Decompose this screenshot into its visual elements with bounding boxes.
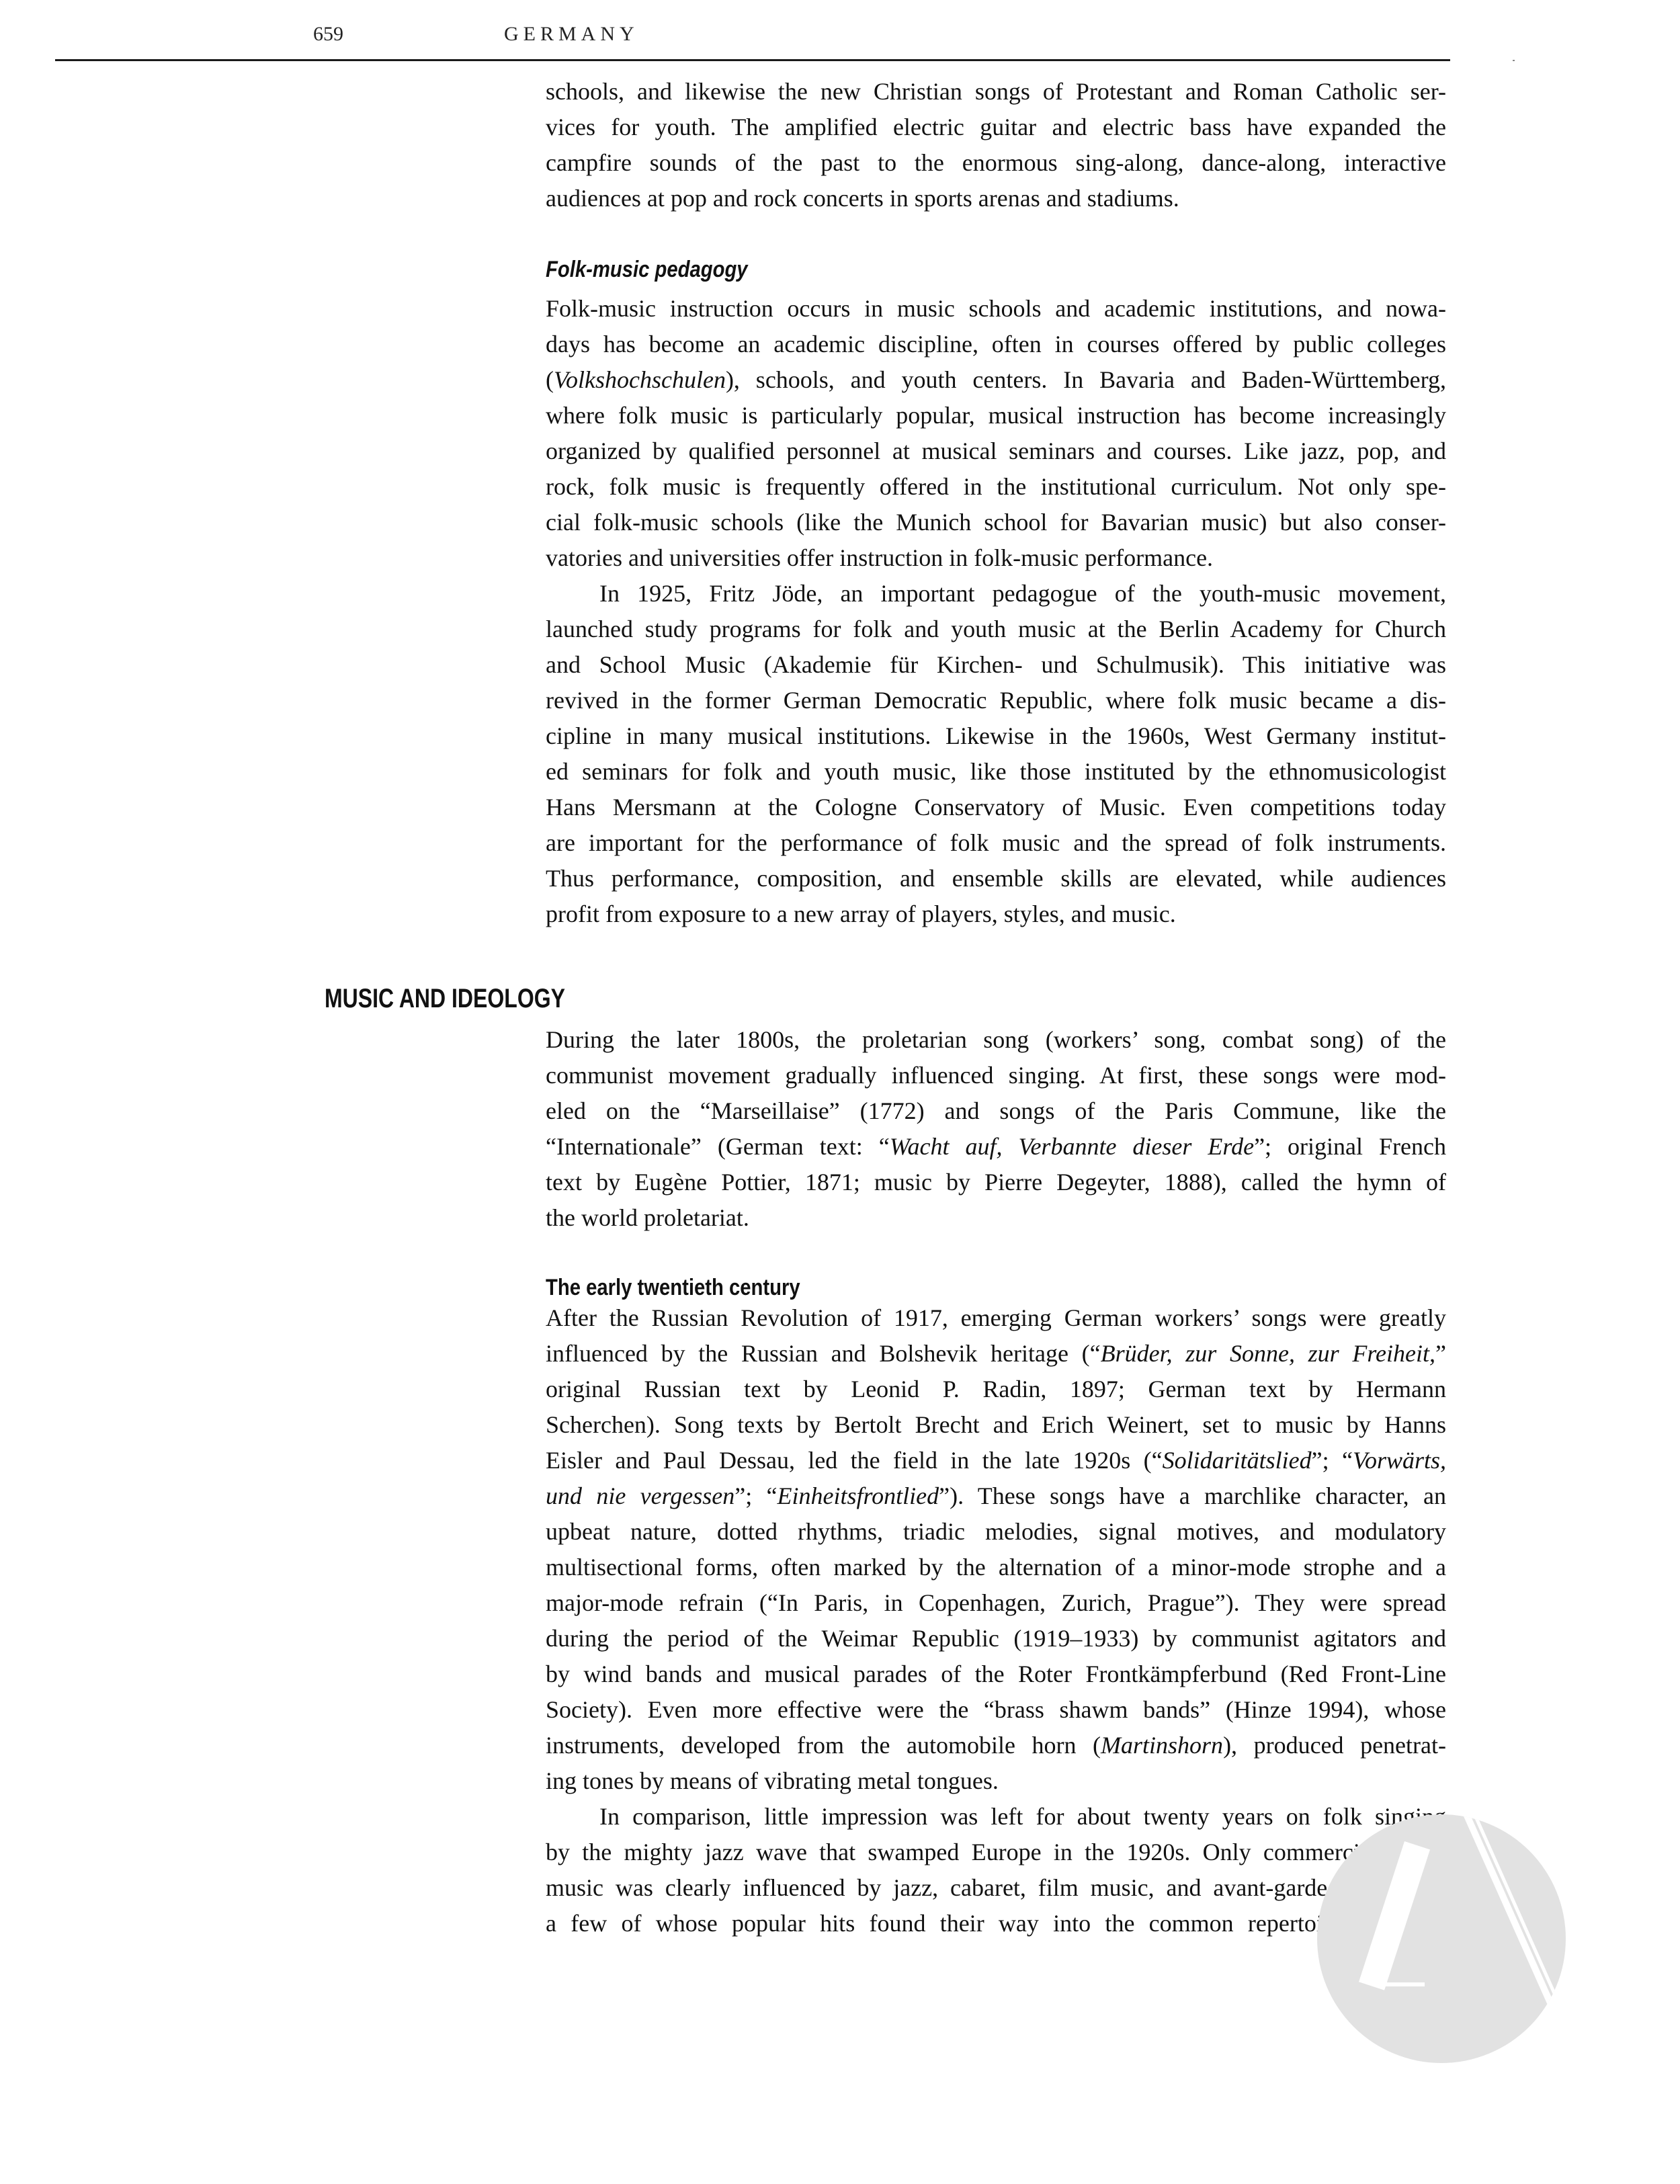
text-line: cial folk-music schools (like the Munich…: [546, 505, 1446, 540]
text-line: After the Russian Revolution of 1917, em…: [546, 1300, 1446, 1336]
section-heading-music-and-ideology: MUSIC AND IDEOLOGY: [325, 984, 565, 1014]
text-line: Thus performance, composition, and ensem…: [546, 861, 1446, 896]
text-line: “Internationale” (German text: “Wacht au…: [546, 1129, 1446, 1165]
text-line: by the mighty jazz wave that swamped Eur…: [546, 1835, 1446, 1870]
italic-term: Wacht auf, Verbannte dieser Erde: [890, 1133, 1254, 1160]
text-line: during the period of the Weimar Republic…: [546, 1621, 1446, 1656]
text-line: and School Music (Akademie für Kirchen- …: [546, 647, 1446, 683]
subsection-heading-early-twentieth-century: The early twentieth century: [546, 1275, 800, 1301]
text-line: und nie vergessen”; “Einheitsfrontlied”)…: [546, 1478, 1446, 1514]
text-line: ing tones by means of vibrating metal to…: [546, 1763, 1446, 1799]
text-line: original Russian text by Leonid P. Radin…: [546, 1372, 1446, 1407]
text-line: by wind bands and musical parades of the…: [546, 1656, 1446, 1692]
running-title: GERMANY: [504, 23, 639, 46]
text-line: are important for the performance of fol…: [546, 825, 1446, 861]
pedagogy-paragraph-2: In 1925, Fritz Jöde, an important pedago…: [546, 576, 1446, 932]
italic-term: Brüder, zur Sonne, zur Freiheit,: [1101, 1340, 1435, 1367]
text-line: profit from exposure to a new array of p…: [546, 896, 1446, 932]
intro-paragraph: schools, and likewise the new Christian …: [546, 74, 1446, 216]
text-line: a few of whose popular hits found their …: [546, 1906, 1446, 1941]
text-line: ed seminars for folk and youth music, li…: [546, 754, 1446, 790]
text-line: text by Eugène Pottier, 1871; music by P…: [546, 1165, 1446, 1200]
italic-term: und nie vergessen: [546, 1482, 734, 1509]
text-line: Scherchen). Song texts by Bertolt Brecht…: [546, 1407, 1446, 1443]
watermark-diagonal-line: [1445, 1814, 1566, 2063]
italic-term: Solidaritätslied: [1163, 1447, 1312, 1474]
watermark-diagonal-line: [1455, 1814, 1566, 2063]
text-line: influenced by the Russian and Bolshevik …: [546, 1336, 1446, 1372]
text-line: the world proletariat.: [546, 1200, 1446, 1236]
italic-term: Vorwärts,: [1353, 1447, 1446, 1474]
running-head: 659 GERMANY: [0, 23, 1680, 56]
text-line: revived in the former German Democratic …: [546, 683, 1446, 718]
early-twentieth-paragraph-1: After the Russian Revolution of 1917, em…: [546, 1300, 1446, 1799]
text-line: vices for youth. The amplified electric …: [546, 110, 1446, 145]
publisher-logo-watermark-icon: [1317, 1814, 1566, 2063]
text-line: launched study programs for folk and you…: [546, 612, 1446, 647]
text-line: Folk-music instruction occurs in music s…: [546, 291, 1446, 327]
italic-term: Volkshochschulen: [554, 366, 726, 393]
scan-speck: [1513, 60, 1515, 61]
early-twentieth-paragraph-2: In comparison, little impression was lef…: [546, 1799, 1446, 1941]
text-line: vatories and universities offer instruct…: [546, 540, 1446, 576]
italic-term: Martinshorn: [1101, 1732, 1223, 1759]
text-line: Eisler and Paul Dessau, led the field in…: [546, 1443, 1446, 1478]
ideology-paragraph-1: During the later 1800s, the proletarian …: [546, 1022, 1446, 1236]
text-line: campfire sounds of the past to the enorm…: [546, 145, 1446, 181]
header-rule: [55, 59, 1450, 61]
pedagogy-paragraph-1: Folk-music instruction occurs in music s…: [546, 291, 1446, 576]
italic-term: Einheitsfrontlied: [778, 1482, 939, 1509]
text-line: In comparison, little impression was lef…: [546, 1799, 1446, 1835]
text-line: multisectional forms, often marked by th…: [546, 1550, 1446, 1585]
text-line: cipline in many musical institutions. Li…: [546, 718, 1446, 754]
text-line: audiences at pop and rock concerts in sp…: [546, 181, 1446, 216]
text-line: instruments, developed from the automobi…: [546, 1728, 1446, 1763]
text-line: During the later 1800s, the proletarian …: [546, 1022, 1446, 1058]
text-line: rock, folk music is frequently offered i…: [546, 469, 1446, 505]
book-page: 659 GERMANY schools, and likewise the ne…: [0, 0, 1680, 2184]
watermark-letter-foot: [1374, 1982, 1425, 1986]
text-line: major-mode refrain (“In Paris, in Copenh…: [546, 1585, 1446, 1621]
text-line: In 1925, Fritz Jöde, an important pedago…: [546, 576, 1446, 612]
text-line: upbeat nature, dotted rhythms, triadic m…: [546, 1514, 1446, 1550]
text-line: eled on the “Marseillaise” (1772) and so…: [546, 1093, 1446, 1129]
text-line: communist movement gradually influenced …: [546, 1058, 1446, 1093]
text-line: Hans Mersmann at the Cologne Conservator…: [546, 790, 1446, 825]
watermark-letter-stroke: [1359, 1841, 1430, 1990]
text-line: (Volkshochschulen), schools, and youth c…: [546, 362, 1446, 398]
text-line: organized by qualified personnel at musi…: [546, 433, 1446, 469]
text-line: where folk music is particularly popular…: [546, 398, 1446, 433]
text-line: music was clearly influenced by jazz, ca…: [546, 1870, 1446, 1906]
text-line: days has become an academic discipline, …: [546, 327, 1446, 362]
text-line: Society). Even more effective were the “…: [546, 1692, 1446, 1728]
page-number: 659: [313, 23, 343, 46]
subsection-heading-folk-music-pedagogy: Folk-music pedagogy: [546, 257, 748, 283]
text-line: schools, and likewise the new Christian …: [546, 74, 1446, 110]
